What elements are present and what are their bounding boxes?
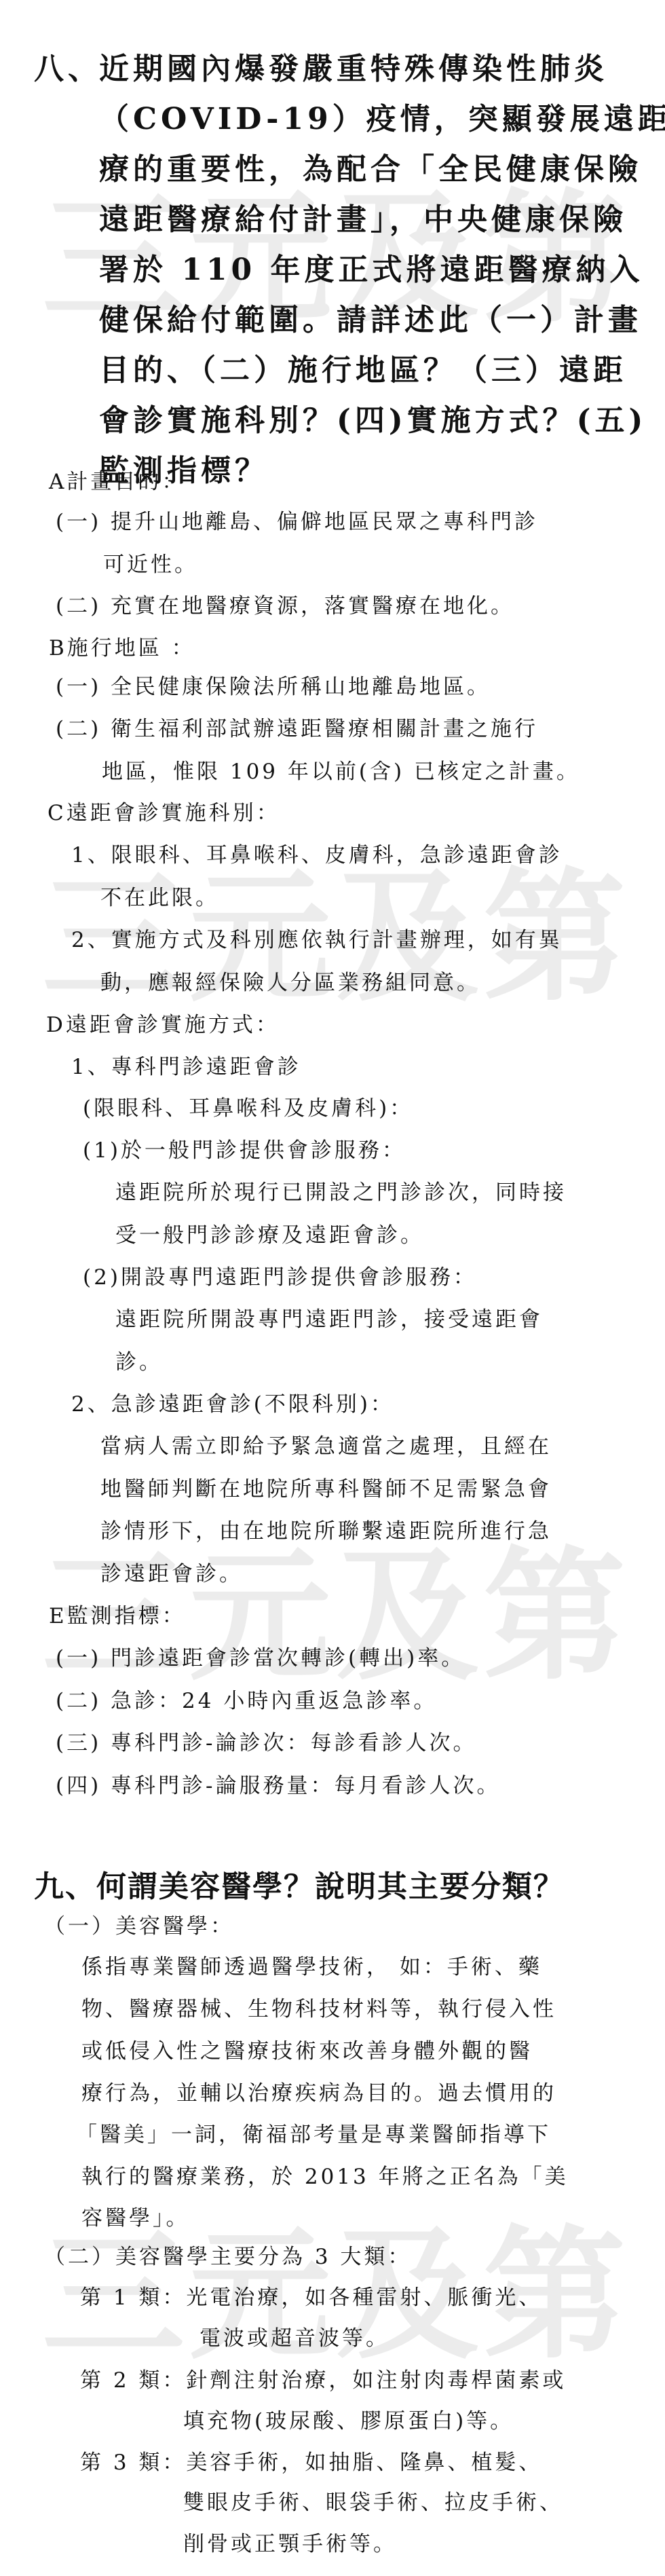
answer-line: (二) 充實在地醫療資源，落實醫療在地化。 bbox=[56, 593, 514, 620]
category-item-cont: 電波或超音波等。 bbox=[199, 2325, 389, 2352]
answer-line: 遠距院所開設專門遠距門診，接受遠距會 bbox=[115, 1306, 543, 1333]
answer-heading-2: （二）美容醫學主要分為 3 大類： bbox=[44, 2243, 411, 2271]
question-title: 何謂美容醫學？說明其主要分類？ bbox=[96, 1869, 565, 1904]
category-item: 第 3 類：美容手術，如抽脂、隆鼻、植髮、 bbox=[80, 2449, 542, 2476]
answer-line: (限眼科、耳鼻喉科及皮膚科)： bbox=[83, 1095, 413, 1122]
answer-line: (三) 專科門診-論診次：每診看診人次。 bbox=[56, 1730, 477, 1757]
answer-line: 診。 bbox=[115, 1349, 163, 1376]
question-line: 目的、（二）施行地區？（三）遠距 bbox=[99, 349, 665, 399]
question-line: （COVID-19）疫情，突顯發展遠距醫 bbox=[99, 98, 665, 148]
question-line: 健保給付範圍。請詳述此（一）計畫 bbox=[99, 299, 665, 349]
answer-heading-c: C遠距會診實施科別： bbox=[47, 800, 280, 827]
category-item: 第 2 類：針劑注射治療，如注射肉毒桿菌素或 bbox=[80, 2367, 566, 2394]
category-item-cont: 雙眼皮手術、眼袋手術、拉皮手術、 bbox=[183, 2489, 563, 2516]
answer-line: 療行為，並輔以治療疾病為目的。過去慣用的 bbox=[81, 2080, 556, 2107]
question-line: 近期國內爆發嚴重特殊傳染性肺炎 bbox=[99, 48, 665, 98]
category-item-cont: 削骨或正顎手術等。 bbox=[183, 2531, 397, 2558]
answer-line: 不在此限。 bbox=[100, 884, 219, 912]
answer-line: 2、急診遠距會診(不限科別)： bbox=[71, 1391, 394, 1418]
answer-line: (二) 衛生福利部試辦遠距醫療相關計畫之施行 bbox=[56, 715, 538, 743]
question-number: 九、 bbox=[34, 1869, 96, 1904]
answer-line: 「醫美」一詞，衛福部考量是專業醫師指導下 bbox=[76, 2121, 551, 2148]
answer-line: 診情形下，由在地院所聯繫遠距院所進行急 bbox=[100, 1518, 552, 1545]
question-line: 遠距醫療給付計畫」，中央健康保險 bbox=[99, 198, 665, 248]
answer-line: 或低侵入性之醫療技術來改善身體外觀的醫 bbox=[81, 2038, 533, 2065]
answer-heading-a: A計畫目的： bbox=[49, 468, 185, 496]
answer-line: 地醫師判斷在地院所專科醫師不足需緊急會 bbox=[100, 1476, 552, 1503]
question-text: 近期國內爆發嚴重特殊傳染性肺炎 （COVID-19）疫情，突顯發展遠距醫 療的重… bbox=[99, 48, 665, 500]
answer-heading-d: D遠距會診實施方式： bbox=[46, 1011, 280, 1039]
answer-heading-b: B施行地區 ： bbox=[49, 635, 195, 662]
answer-line: 可近性。 bbox=[103, 551, 198, 578]
answer-line: (四) 專科門診-論服務量：每月看診人次。 bbox=[56, 1772, 501, 1799]
answer-line: 遠距院所於現行已開設之門診診次，同時接 bbox=[115, 1179, 567, 1206]
question-number: 八、 bbox=[34, 48, 102, 91]
answer-line: 診遠距會診。 bbox=[100, 1561, 243, 1588]
answer-line: 受一般門診診療及遠距會診。 bbox=[115, 1222, 424, 1249]
answer-line: 執行的醫療業務，於 2013 年將之正名為「美 bbox=[81, 2163, 569, 2190]
answer-line: (二) 急診：24 小時內重返急診率。 bbox=[56, 1687, 437, 1715]
answer-line: 地區，惟限 109 年以前(含) 已核定之計畫。 bbox=[102, 758, 580, 785]
answer-line: (一) 全民健康保險法所稱山地離島地區。 bbox=[56, 673, 491, 701]
answer-line: 物、醫療器械、生物科技材料等，執行侵入性 bbox=[81, 1996, 556, 2023]
answer-line: (1)於一般門診提供會診服務： bbox=[83, 1137, 406, 1164]
category-item-cont: 填充物(玻尿酸、膠原蛋白)等。 bbox=[183, 2408, 514, 2435]
answer-heading-1: （一）美容醫學： bbox=[44, 1913, 234, 1940]
question-line: 署於 110 年度正式將遠距醫療納入 bbox=[99, 248, 665, 299]
answer-line: (一) 提升山地離島、偏僻地區民眾之專科門診 bbox=[56, 508, 538, 536]
question-line: 會診實施科別？(四)實施方式？(五) bbox=[99, 399, 665, 449]
question-line: 療的重要性，為配合「全民健康保險 bbox=[99, 148, 665, 198]
answer-line: 係指專業醫師透過醫學技術， 如：手術、藥 bbox=[81, 1954, 542, 1981]
answer-line: 動，應報經保險人分區業務組同意。 bbox=[100, 969, 480, 996]
category-item: 第 1 類：光電治療，如各種雷射、脈衝光、 bbox=[80, 2284, 542, 2311]
answer-line: 當病人需立即給予緊急適當之處理，且經在 bbox=[100, 1433, 552, 1460]
answer-line: 1、限眼科、耳鼻喉科、皮膚科，急診遠距會診 bbox=[71, 842, 563, 869]
watermark-char: 第 bbox=[483, 1542, 626, 1692]
answer-line: (一) 門診遠距會診當次轉診(轉出)率。 bbox=[56, 1645, 465, 1672]
answer-line: (2)開設專門遠距門診提供會診服務： bbox=[83, 1264, 477, 1291]
answer-line: 2、實施方式及科別應依執行計畫辦理，如有異 bbox=[71, 927, 563, 954]
answer-line: 1、專科門診遠距會診 bbox=[71, 1053, 301, 1081]
question-9: 九、何謂美容醫學？說明其主要分類？ bbox=[34, 1865, 645, 1909]
answer-heading-e: E監測指標： bbox=[49, 1603, 186, 1630]
answer-line: 容醫學」。 bbox=[81, 2205, 190, 2232]
